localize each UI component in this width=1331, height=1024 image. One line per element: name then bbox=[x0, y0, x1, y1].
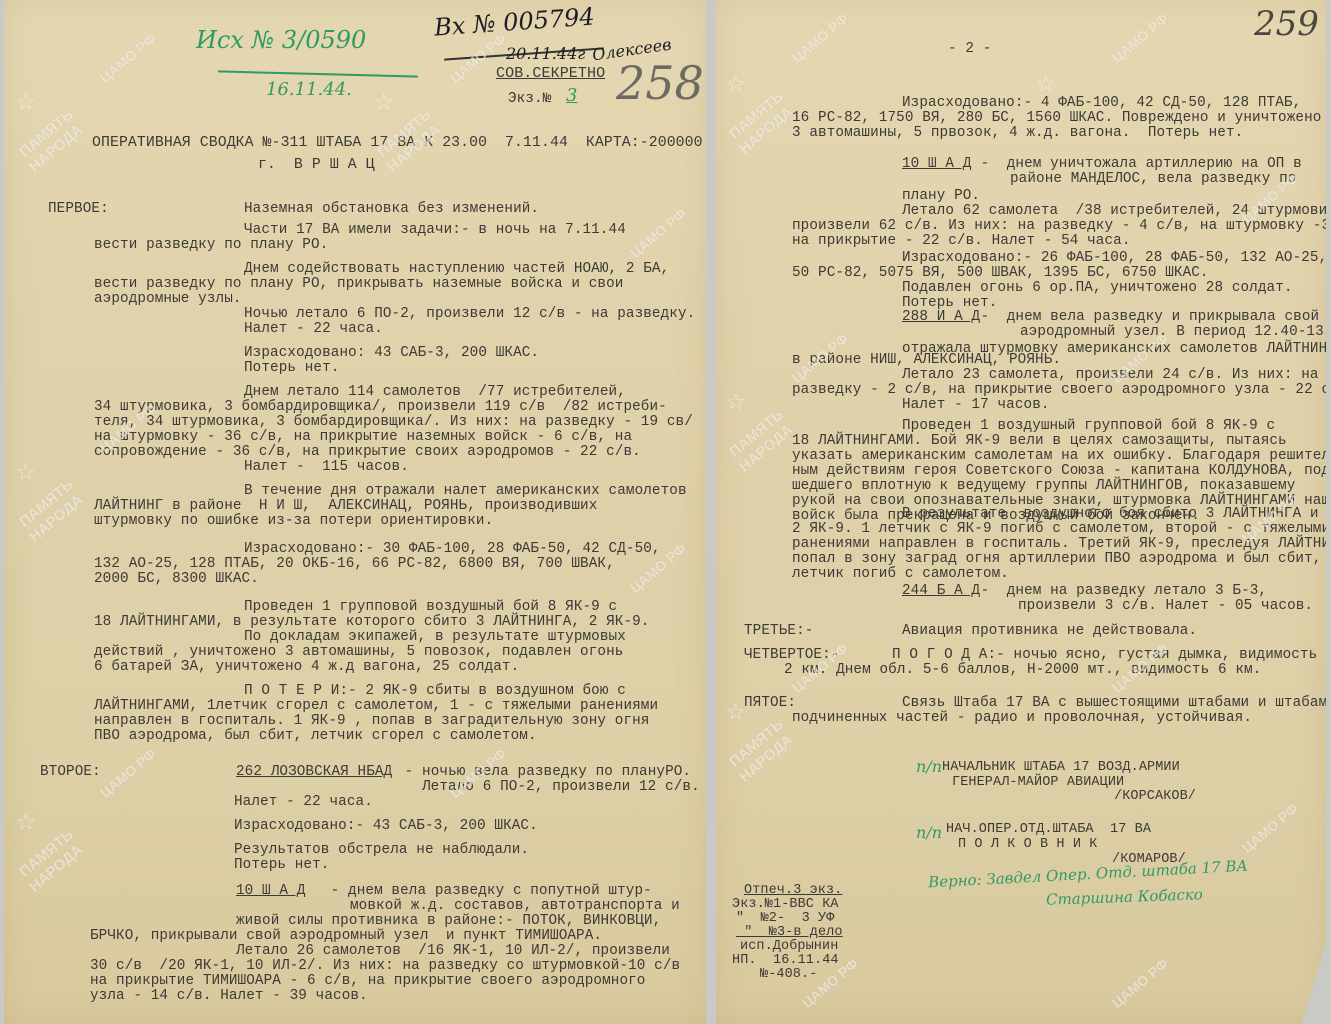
text-line: вести разведку по плану РО. bbox=[94, 238, 328, 254]
text-line: аэродромный узел. В период 12.40-13.30 bbox=[1020, 325, 1326, 341]
distribution-header: Отпеч.3 экз. bbox=[744, 884, 842, 898]
handwritten-pp-mark: п/п bbox=[916, 757, 942, 776]
distribution-line: Экз.№1-ВВС КА bbox=[732, 898, 839, 912]
signature-1-position: НАЧАЛЬНИК ШТАБА 17 ВОЗД.АРМИИ bbox=[942, 760, 1180, 776]
unit-name-244-bad: 244 Б А Д bbox=[902, 584, 980, 600]
handwritten-certifier: Старшина Кобаско bbox=[1046, 885, 1203, 908]
text-line: Наземная обстановка без изменений. bbox=[244, 202, 539, 218]
distribution-line: " №3-в дело bbox=[736, 926, 843, 940]
text-line: Налет - 17 часов. bbox=[902, 398, 1050, 414]
document-page-1: Исх № 3/0590 16.11.44. Вх № 005794 20.11… bbox=[4, 0, 706, 1024]
project-watermark: ПАМЯТЬ bbox=[726, 88, 787, 143]
signature-2-position: НАЧ.ОПЕР.ОТД.ШТАБА 17 ВА bbox=[946, 822, 1151, 838]
project-watermark: ПАМЯТЬ bbox=[726, 406, 787, 461]
document-location: г. В Р Ш А Ц bbox=[258, 158, 375, 174]
section-fifth-label: ПЯТОЕ: bbox=[744, 696, 796, 712]
text-line: разведку - 2 с/в, на прикрытие своего аэ… bbox=[792, 383, 1326, 399]
unit-name-262-nbad: 262 ЛОЗОВСКАЯ НБАД bbox=[236, 765, 392, 781]
distribution-line: " №2- 3 УФ bbox=[736, 912, 834, 926]
text-line: узла - 14 с/в. Налет - 39 часов. bbox=[90, 989, 368, 1005]
text-line: Налет - 115 часов. bbox=[244, 460, 409, 476]
archive-sheet-number: 258 bbox=[616, 56, 704, 110]
archive-watermark: ЦАМО РФ bbox=[1109, 955, 1171, 1011]
page-number: - 2 - bbox=[948, 42, 991, 58]
archive-watermark: ЦАМО РФ bbox=[97, 745, 159, 801]
handwritten-outgoing-date: 16.11.44. bbox=[266, 79, 352, 100]
handwritten-outgoing-number: Исх № 3/0590 bbox=[196, 26, 366, 54]
text-line: на прикрытие - 22 с/в. Налет - 54 часа. bbox=[792, 234, 1131, 250]
project-watermark: ПАМЯТЬ bbox=[16, 106, 77, 161]
star-watermark-icon: ☆ bbox=[16, 80, 35, 120]
unit-name-288-iad: 288 И А Д bbox=[902, 310, 980, 326]
executor-name: исп.Добрынин bbox=[740, 940, 838, 954]
green-underline bbox=[218, 70, 418, 77]
document-page-2: 259 - 2 - Израсходовано:- 4 ФАБ-100, 42 … bbox=[716, 0, 1326, 1024]
handwritten-incoming-number: Вх № 005794 bbox=[433, 2, 595, 41]
star-watermark-icon: ☆ bbox=[16, 800, 35, 840]
star-watermark-icon: ☆ bbox=[374, 80, 393, 120]
handwritten-incoming-date: 20.11.44г bbox=[506, 44, 585, 63]
text-line: Потерь нет. bbox=[244, 361, 339, 377]
star-watermark-icon: ☆ bbox=[16, 450, 35, 490]
project-watermark: НАРОДА bbox=[26, 491, 86, 545]
text-line: 2 км. Днем обл. 5-6 баллов, Н-2000 мт., … bbox=[784, 663, 1261, 679]
text-line: Налет - 22 часа. bbox=[234, 795, 373, 811]
project-watermark: НАРОДА bbox=[26, 841, 86, 895]
section-third-label: ТРЕТЬЕ:- bbox=[744, 624, 813, 640]
project-watermark: НАРОДА bbox=[736, 421, 796, 475]
copy-number-value: 3 bbox=[566, 85, 577, 106]
archive-watermark: ЦАМО РФ bbox=[1239, 800, 1301, 856]
text-line: районе МАНДЕЛОС, вела разведку по bbox=[1010, 172, 1296, 188]
text-line: 3 автомашины, 5 првозок, 4 ж.д. вагона. … bbox=[792, 126, 1243, 142]
unit-name-10-shad: 10 Ш А Д bbox=[236, 884, 305, 900]
signature-1-rank: ГЕНЕРАЛ-МАЙОР АВИАЦИИ bbox=[952, 775, 1124, 791]
text-line: Летало 6 ПО-2, произвели 12 с/в. bbox=[422, 780, 700, 796]
archive-sheet-number: 259 bbox=[1254, 4, 1319, 44]
section-first-label: ПЕРВОЕ: bbox=[48, 202, 109, 218]
text-line: подчиненных частей - радио и проволочная… bbox=[792, 711, 1252, 727]
project-watermark: НАРОДА bbox=[736, 731, 796, 785]
text-line: летчик погиб с самолетом. bbox=[792, 567, 1009, 583]
unit-name-10-shad: 10 Ш А Д bbox=[902, 157, 971, 173]
signature-2-rank: П О Л К О В Н И К bbox=[958, 837, 1097, 853]
project-watermark: НАРОДА bbox=[736, 103, 796, 157]
project-watermark: ПАМЯТЬ bbox=[374, 106, 435, 161]
text-line: Потерь нет. bbox=[234, 858, 329, 874]
star-watermark-icon: ☆ bbox=[726, 380, 745, 420]
text-line: штурмовку по ошибке из-за потери ориенти… bbox=[94, 514, 493, 530]
print-date: НП. 16.11.44 bbox=[732, 954, 839, 968]
archive-watermark: ЦАМО РФ bbox=[789, 10, 851, 66]
text-line: Израсходовано:- 43 САБ-3, 200 ШКАС. bbox=[234, 819, 538, 835]
archive-watermark: ЦАМО РФ bbox=[627, 205, 689, 261]
text-line: произвели 3 с/в. Налет - 05 часов. bbox=[1018, 599, 1313, 615]
text-line: 6 батарей ЗА, уничтожено 4 ж.д вагона, 2… bbox=[94, 660, 519, 676]
project-watermark: ПАМЯТЬ bbox=[16, 826, 77, 881]
section-second-label: ВТОРОЕ: bbox=[40, 765, 101, 781]
project-watermark: ПАМЯТЬ bbox=[726, 716, 787, 771]
project-watermark: ПАМЯТЬ bbox=[16, 476, 77, 531]
classification-stamp: СОВ.СЕКРЕТНО bbox=[496, 66, 605, 82]
star-watermark-icon: ☆ bbox=[726, 690, 745, 730]
text-line: ПВО аэродрома, был сбит, летчик сгорел с… bbox=[94, 729, 537, 745]
handwritten-pp-mark: п/п bbox=[916, 823, 942, 842]
archive-watermark: ЦАМО РФ bbox=[1109, 10, 1171, 66]
archive-watermark: ЦАМО РФ bbox=[97, 30, 159, 86]
text-line: Авиация противника не действовала. bbox=[902, 624, 1197, 640]
text-line: аэродромные узлы. bbox=[94, 292, 242, 308]
register-number: №-408.- bbox=[760, 968, 817, 982]
star-watermark-icon: ☆ bbox=[726, 62, 745, 102]
signature-1-name: /КОРСАКОВ/ bbox=[1114, 789, 1196, 805]
text-line: 2000 БС, 8300 ШКАС. bbox=[94, 572, 259, 588]
copy-number-label: Экз.№ bbox=[508, 92, 551, 108]
project-watermark: НАРОДА bbox=[26, 121, 86, 175]
document-title: ОПЕРАТИВНАЯ СВОДКА №-311 ШТАБА 17 ВА К 2… bbox=[92, 136, 703, 152]
text-line: Налет - 22 часа. bbox=[244, 322, 383, 338]
